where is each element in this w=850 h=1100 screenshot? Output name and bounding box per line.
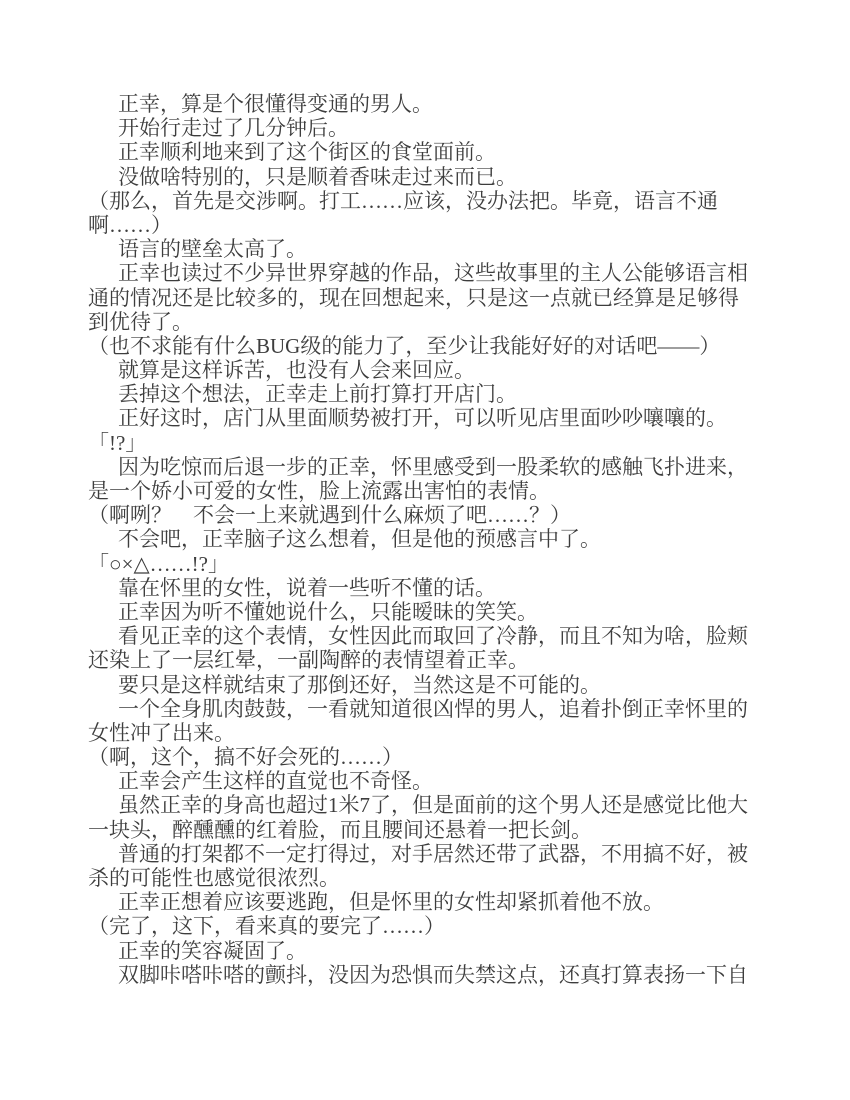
text-line: 正幸也读过不少异世界穿越的作品，这些故事里的主人公能够语言相: [88, 261, 798, 285]
text-line: 双脚咔嗒咔嗒的颤抖，没因为恐惧而失禁这点，还真打算表扬一下自: [88, 963, 798, 987]
text-line: 正好这时，店门从里面顺势被打开，可以听见店里面吵吵嚷嚷的。: [88, 406, 798, 430]
text-line: 一个全身肌肉鼓鼓，一看就知道很凶悍的男人，追着扑倒正幸怀里的: [88, 697, 798, 721]
text-line: 虽然正幸的身高也超过1米7了，但是面前的这个男人还是感觉比他大: [88, 793, 798, 817]
text-line: 不会吧，正幸脑子这么想着，但是他的预感言中了。: [88, 527, 798, 551]
text-line: 「!?」: [88, 431, 798, 455]
text-line: （啊，这个，搞不好会死的……）: [88, 745, 798, 769]
text-line: 通的情况还是比较多的，现在回想起来，只是这一点就已经算是足够得: [88, 286, 798, 310]
text-line: （完了，这下，看来真的要完了……）: [88, 914, 798, 938]
text-line: 靠在怀里的女性，说着一些听不懂的话。: [88, 576, 798, 600]
text-line: 啊……）: [88, 213, 798, 237]
text-line: 还染上了一层红晕，一副陶醉的表情望着正幸。: [88, 648, 798, 672]
text-line: 一块头，醉醺醺的红着脸，而且腰间还悬着一把长剑。: [88, 818, 798, 842]
text-line: 「○×△……!?」: [88, 552, 798, 576]
text-line: 语言的壁垒太高了。: [88, 237, 798, 261]
novel-page: 正幸，算是个很懂得变通的男人。开始行走过了几分钟后。正幸顺利地来到了这个街区的食…: [0, 0, 850, 1100]
novel-text-block: 正幸，算是个很懂得变通的男人。开始行走过了几分钟后。正幸顺利地来到了这个街区的食…: [88, 92, 798, 987]
text-line: 看见正幸的这个表情，女性因此而取回了冷静，而且不知为啥，脸颊: [88, 624, 798, 648]
text-line: （也不求能有什么BUG级的能力了，至少让我能好好的对话吧——）: [88, 334, 798, 358]
text-line: 就算是这样诉苦，也没有人会来回应。: [88, 358, 798, 382]
text-line: （那么，首先是交涉啊。打工……应该，没办法把。毕竟，语言不通: [88, 189, 798, 213]
text-line: 没做啥特别的，只是顺着香味走过来而已。: [88, 165, 798, 189]
text-line: 丢掉这个想法，正幸走上前打算打开店门。: [88, 382, 798, 406]
text-line: 因为吃惊而后退一步的正幸，怀里感受到一股柔软的感触飞扑进来，: [88, 455, 798, 479]
text-line: 是一个娇小可爱的女性，脸上流露出害怕的表情。: [88, 479, 798, 503]
text-line: 普通的打架都不一定打得过，对手居然还带了武器，不用搞不好，被: [88, 842, 798, 866]
text-line: （啊咧？ 不会一上来就遇到什么麻烦了吧……？）: [88, 503, 798, 527]
text-line: 正幸的笑容凝固了。: [88, 939, 798, 963]
text-line: 正幸因为听不懂她说什么，只能暧昧的笑笑。: [88, 600, 798, 624]
text-line: 正幸顺利地来到了这个街区的食堂面前。: [88, 140, 798, 164]
text-line: 正幸正想着应该要逃跑，但是怀里的女性却紧抓着他不放。: [88, 890, 798, 914]
text-line: 要只是这样就结束了那倒还好，当然这是不可能的。: [88, 673, 798, 697]
text-line: 正幸，算是个很懂得变通的男人。: [88, 92, 798, 116]
text-line: 女性冲了出来。: [88, 721, 798, 745]
text-line: 杀的可能性也感觉很浓烈。: [88, 866, 798, 890]
text-line: 到优待了。: [88, 310, 798, 334]
text-line: 开始行走过了几分钟后。: [88, 116, 798, 140]
text-line: 正幸会产生这样的直觉也不奇怪。: [88, 769, 798, 793]
